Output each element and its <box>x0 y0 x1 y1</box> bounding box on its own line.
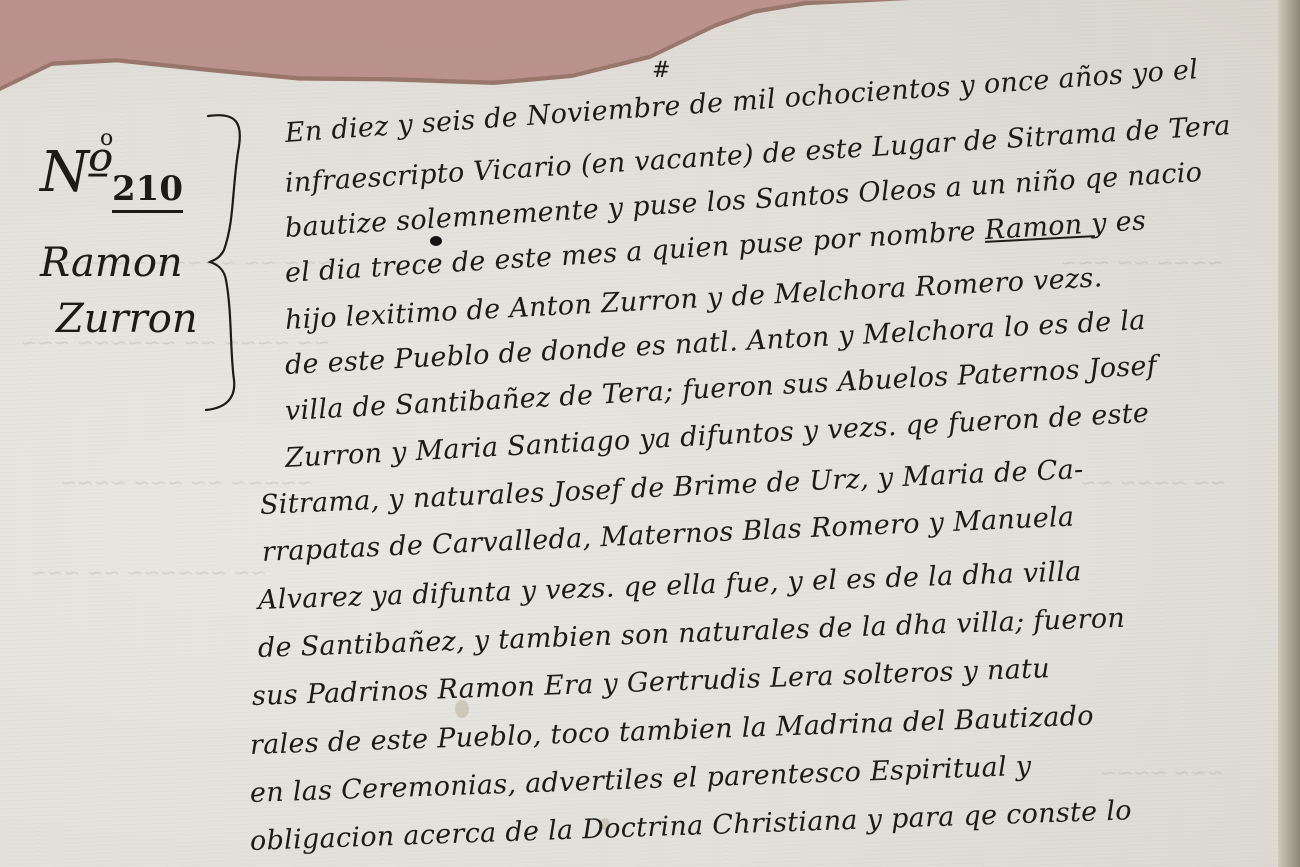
bleed-through-text: ~~ ~~~~ ~~ <box>1080 470 1227 494</box>
bleed-through-text: ~~~ ~~~~ <box>1100 760 1224 784</box>
margin-brace-icon <box>196 112 256 412</box>
margin-surname: Zurron <box>56 296 198 342</box>
entry-number-superscript: o <box>100 126 113 151</box>
header-mark: # <box>652 58 670 83</box>
ink-blot <box>430 236 442 246</box>
page-binding-edge <box>1278 0 1300 867</box>
margin-given-name: Ramon <box>40 240 183 286</box>
entry-number: 210 <box>112 172 183 213</box>
bleed-through-text: ~~ ~~~~~~ ~~ ~~~ <box>30 560 267 584</box>
